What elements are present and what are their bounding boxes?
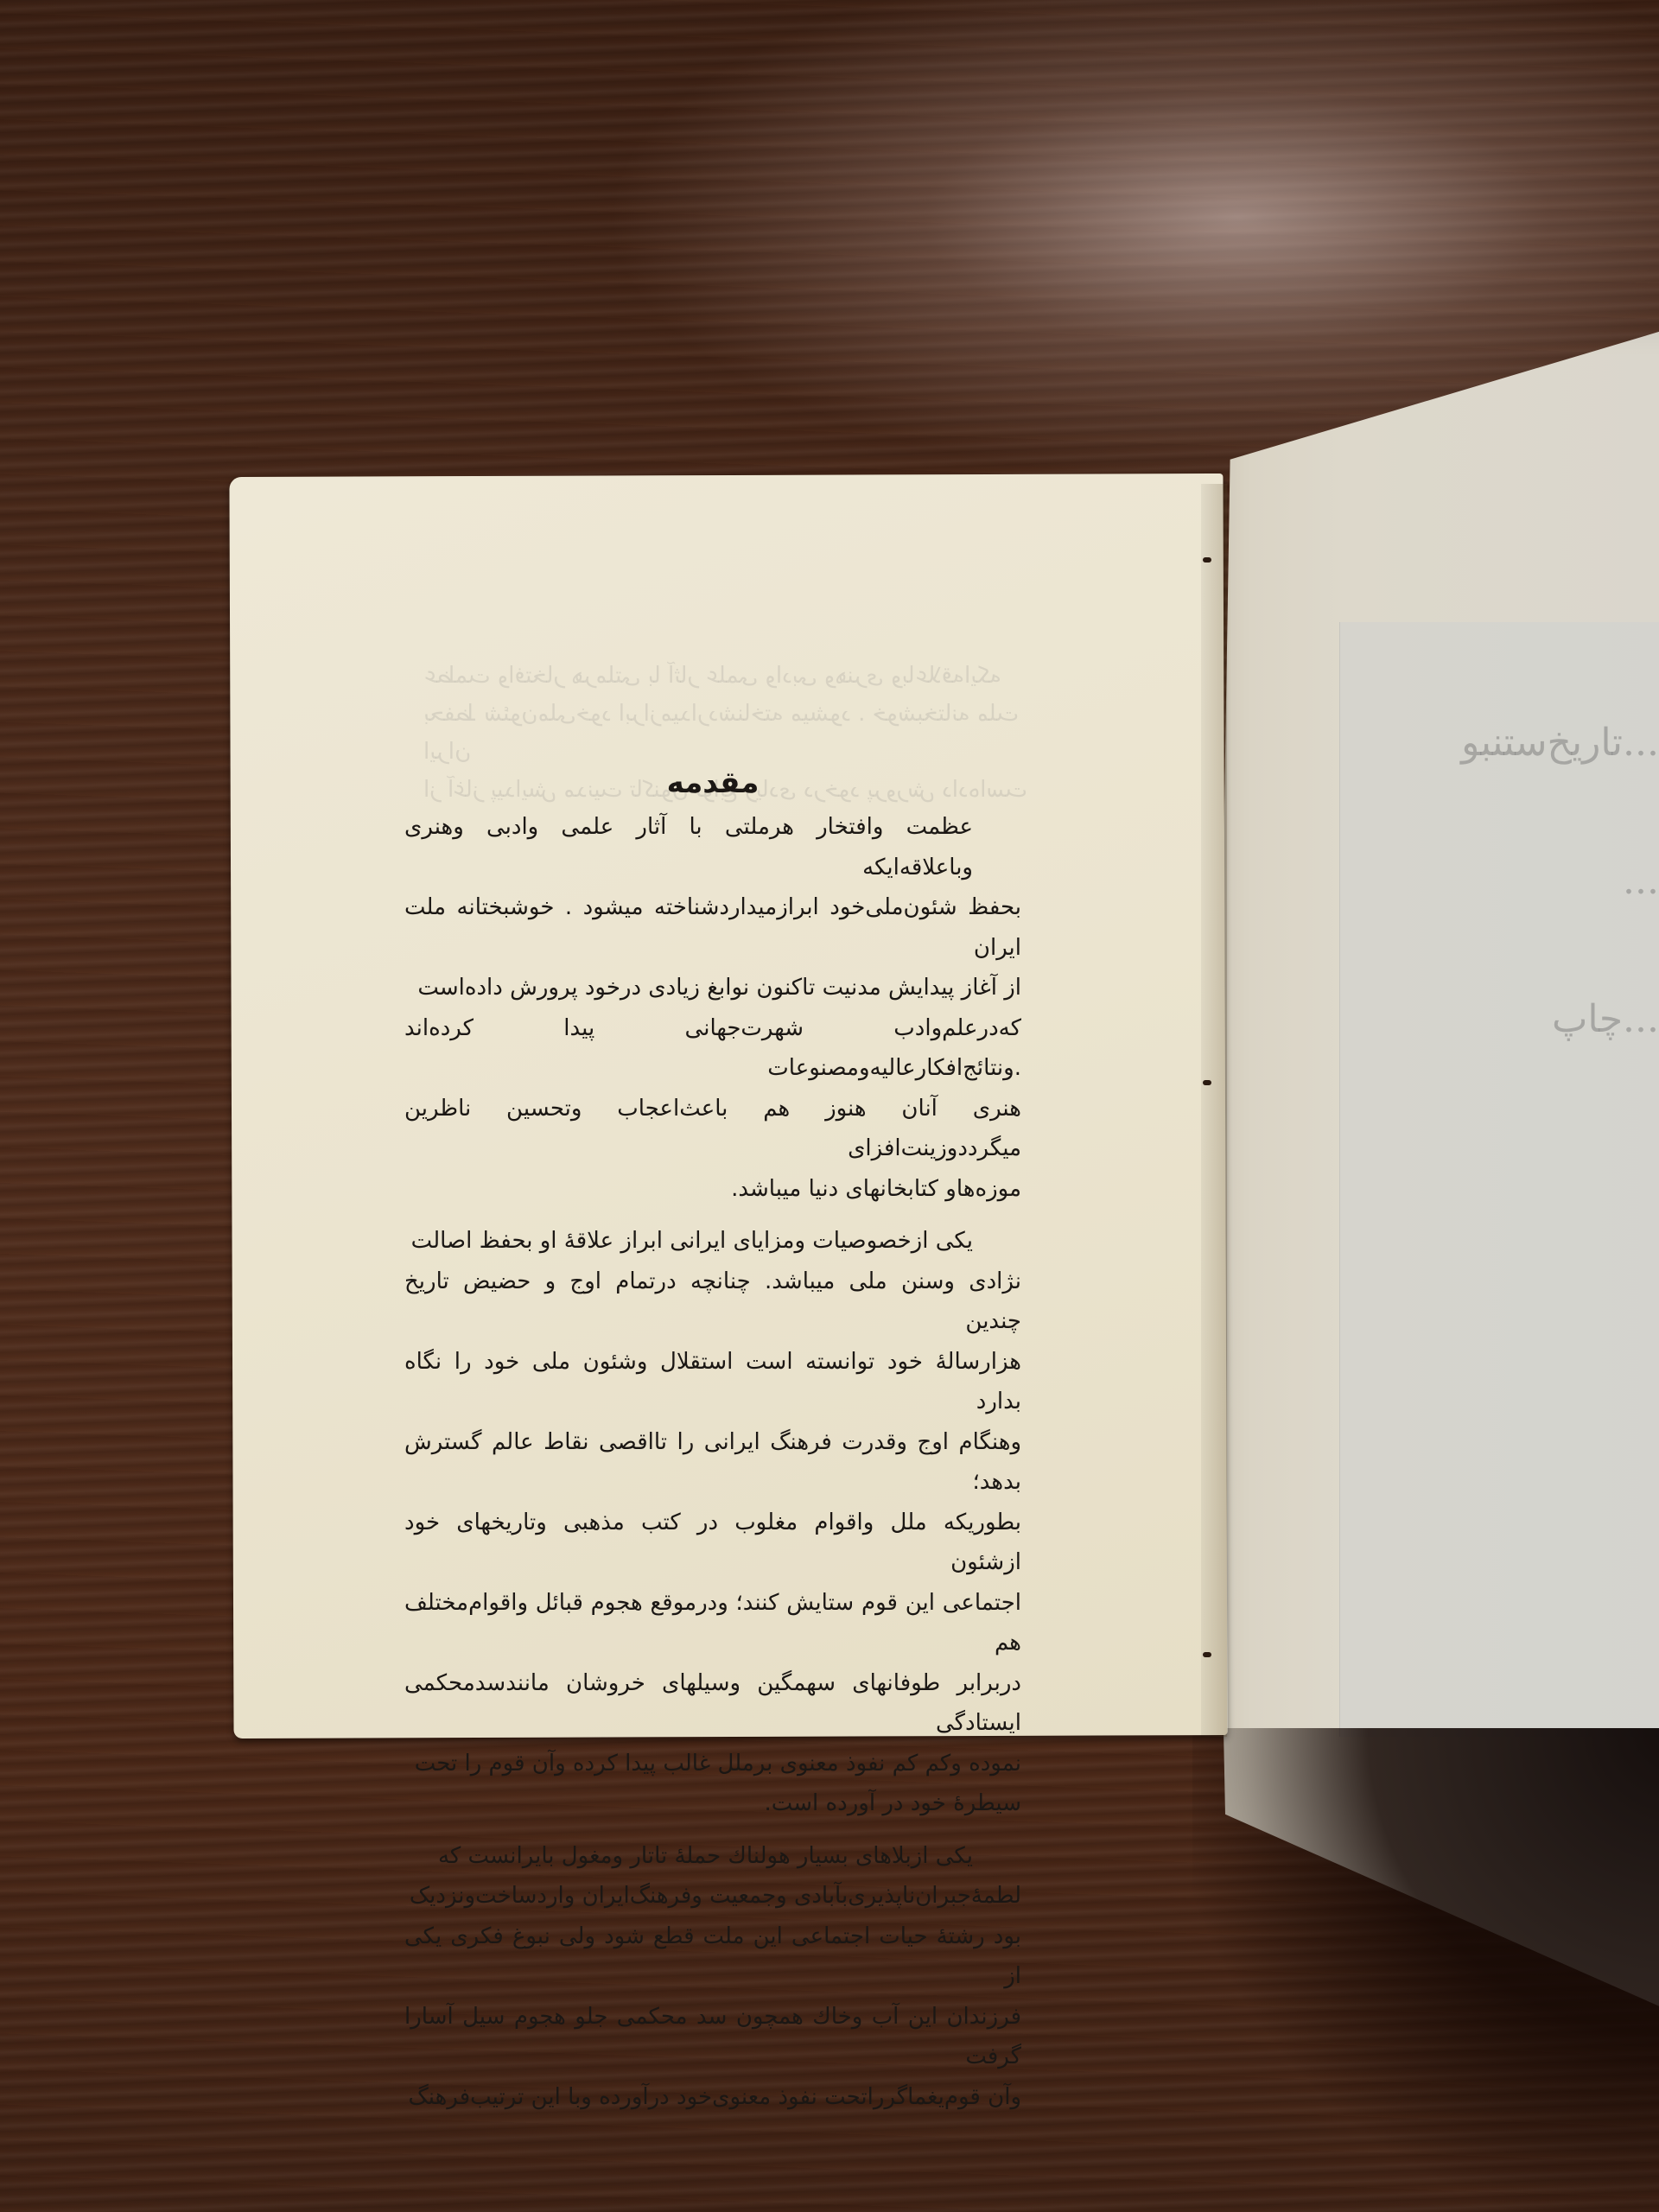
- text-line: نموده وکم کم نفوذ معنوی برملل غالب پیدا …: [404, 1744, 1021, 1784]
- text-line: یکی ازخصوصیات ومزایای ایرانی ابراز علاقه…: [404, 1221, 1021, 1262]
- paragraph-3: یکی ازبلاهای بسیار هولناك حملهٔ تاتار وم…: [404, 1836, 1021, 2118]
- paragraph-2: یکی ازخصوصیات ومزایای ایرانی ابراز علاقه…: [404, 1221, 1021, 1824]
- book-spine: [1201, 484, 1227, 1737]
- text-line: وآن قوم‌یغماگرراتحت نفوذ معنوی‌خود درآور…: [404, 2077, 1021, 2118]
- book-shadow: [1192, 1728, 1659, 2212]
- page-text: مقدمه عظمت وافتخار هرملتی با آثار علمی و…: [404, 760, 1021, 2129]
- paragraph-1: عظمت وافتخار هرملتی با آثار علمی وادبی و…: [404, 807, 1021, 1209]
- page-title: مقدمه: [404, 760, 1021, 805]
- text-line: از آغاز پیدایش مدنیت تاکنون نوابغ زیادی …: [404, 968, 1021, 1008]
- binding-stitch: [1203, 1080, 1211, 1085]
- text-line: لطمهٔ‌جبران‌ناپذیری‌بآبادی وجمعیت وفرهنگ…: [404, 1876, 1021, 1916]
- right-page-faint-text: ...تاریخ‌ستنبو ... ...چاپ: [1348, 674, 1659, 1089]
- text-line: اجتماعی این قوم ستایش کنند؛ ودرموقع هجوم…: [404, 1583, 1021, 1663]
- faint-line: ...چاپ: [1348, 950, 1659, 1089]
- text-line: بود رشتهٔ حیات اجتماعی این ملت قطع شود و…: [404, 1916, 1021, 1997]
- text-line: فرزندان این آب وخاك همچون سد محکمی جلو ه…: [404, 1997, 1021, 2077]
- faint-line: ...تاریخ‌ستنبو: [1348, 674, 1659, 812]
- text-line: وهنگام اوج وقدرت فرهنگ ایرانی را تااقصی …: [404, 1422, 1021, 1503]
- text-line: نژادی وسنن ملی میباشد. چنانچه درتمام اوج…: [404, 1262, 1021, 1342]
- text-line: بحفظ شئون‌ملی‌خود ابرازمیدارد‌شناخته میش…: [404, 887, 1021, 968]
- text-line: هزارسالهٔ خود توانسته است استقلال وشئون …: [404, 1342, 1021, 1422]
- text-line: دربرابر طوفانهای سهمگین وسیلهای خروشان م…: [404, 1663, 1021, 1744]
- text-line: یکی ازبلاهای بسیار هولناك حملهٔ تاتار وم…: [404, 1836, 1021, 1877]
- binding-stitch: [1203, 557, 1211, 563]
- text-line: موزه‌هاو کتابخانهای دنیا میباشد.: [404, 1169, 1021, 1210]
- text-line: هنری آنان هنوز هم باعث‌اعجاب وتحسین ناظر…: [404, 1089, 1021, 1169]
- faint-line: ...: [1348, 812, 1659, 950]
- binding-stitch: [1203, 1652, 1211, 1657]
- text-line: بطوریکه ملل واقوام مغلوب در کتب مذهبی وت…: [404, 1503, 1021, 1583]
- text-line: سیطرهٔ خود در آورده است.: [404, 1783, 1021, 1824]
- text-line: که‌درعلم‌وادب شهرت‌جهانی پیدا کرده‌اند .…: [404, 1008, 1021, 1089]
- text-line: عظمت وافتخار هرملتی با آثار علمی وادبی و…: [404, 807, 1021, 887]
